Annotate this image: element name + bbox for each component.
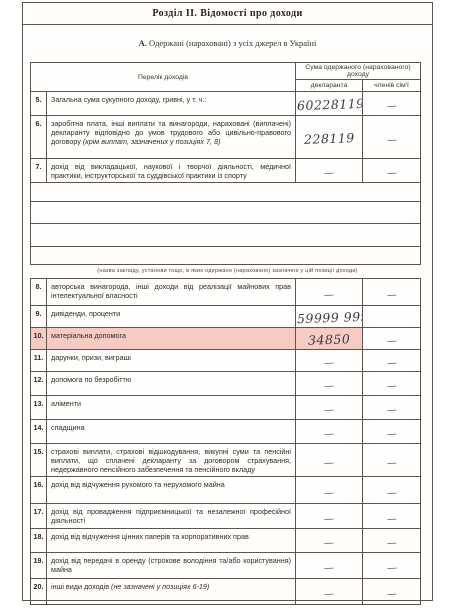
- family-value-cell: —: [363, 396, 421, 420]
- handwritten-dash: —: [324, 358, 335, 370]
- declarant-value-cell: —: [296, 372, 363, 396]
- declarant-value-cell: 59999 999: [296, 306, 363, 328]
- income-table-top: Перелік доходів Сума одержаного (нарахов…: [30, 62, 421, 265]
- row-label: дохід від відчуження цінних паперів та к…: [47, 529, 296, 553]
- family-value-cell: —: [363, 328, 421, 350]
- handwritten-dash: —: [324, 538, 335, 550]
- handwritten-dash: —: [386, 358, 397, 370]
- family-value-cell: [363, 306, 421, 328]
- family-value-cell: —: [363, 279, 421, 306]
- income-row-12: 12. допомога по безробіттю — —: [31, 372, 421, 396]
- row-number: 19.: [31, 553, 47, 579]
- handwritten-dash: —: [386, 381, 397, 393]
- subsection-heading: А. Одержані (нараховані) з усіх джерел в…: [23, 38, 432, 48]
- row-label: інші види доходів (не зазначені у позиці…: [47, 579, 296, 605]
- row-label: аліменти: [47, 396, 296, 420]
- declarant-value-cell: —: [296, 396, 363, 420]
- income-row-9: 9. дивіденди, проценти 59999 999: [31, 306, 421, 328]
- row-number: 16.: [31, 477, 47, 504]
- declarant-value-cell: 34850: [296, 328, 363, 350]
- row-label-note: (не зазначені у позиціях 6-19): [111, 582, 209, 591]
- income-table-bottom: 8. авторська винагорода, інші доходи від…: [30, 278, 421, 605]
- institution-blank-row: [31, 183, 421, 202]
- income-row-16: 16. дохід від відчуження рухомого та нер…: [31, 477, 421, 504]
- row-label: допомога по безробіттю: [47, 372, 296, 396]
- row-number: 8.: [31, 279, 47, 306]
- handwritten-amount: 34850: [308, 331, 351, 347]
- handwritten-dash: —: [386, 563, 397, 575]
- handwritten-dash: —: [386, 429, 397, 441]
- row-number: 9.: [31, 306, 47, 328]
- institution-caption: (назва закладу, установи тощо, в яких од…: [23, 268, 432, 274]
- row-number: 11.: [31, 350, 47, 372]
- handwritten-dash: —: [386, 134, 397, 146]
- declarant-value-cell: —: [296, 553, 363, 579]
- handwritten-dash: —: [386, 513, 397, 525]
- row-label: матеріальна допомога: [47, 328, 296, 350]
- header-family: членів сім'ї: [363, 80, 421, 92]
- income-row-13: 13. аліменти — —: [31, 396, 421, 420]
- handwritten-dash: —: [386, 168, 397, 180]
- declarant-value-cell: 228119: [296, 116, 363, 159]
- handwritten-dash: —: [324, 429, 335, 441]
- handwritten-dash: —: [324, 589, 335, 601]
- row-number: 10.: [31, 328, 47, 350]
- subsection-title: Одержані (нараховані) з усіх джерел в Ук…: [147, 38, 316, 48]
- handwritten-amount: 60228119: [297, 96, 363, 113]
- income-row-15: 15. страхові виплати, страхові відшкодув…: [31, 444, 421, 477]
- scanned-declaration-document: { "page": { "section_title": "Розділ II.…: [0, 0, 450, 615]
- handwritten-dash: —: [324, 457, 335, 469]
- subsection-letter: А.: [139, 38, 147, 48]
- handwritten-dash: —: [324, 289, 335, 301]
- income-row-19: 19. дохід від передачі в оренду (строков…: [31, 553, 421, 579]
- declaration-page: Розділ II. Відомості про доходи А. Одерж…: [22, 2, 433, 601]
- row-label-note: (крім виплат, зазначених у позиціях 7, 8…: [83, 137, 220, 146]
- row-label: дохід від провадження підприємницької та…: [47, 504, 296, 529]
- income-row-8: 8. авторська винагорода, інші доходи від…: [31, 279, 421, 306]
- row-label: Загальна сума сукупного доходу, гривні, …: [47, 92, 296, 116]
- section-title: Розділ II. Відомості про доходи: [152, 8, 302, 19]
- row-number: 20.: [31, 579, 47, 605]
- declarant-value-cell: —: [296, 579, 363, 605]
- row-number: 6.: [31, 116, 47, 159]
- handwritten-dash: —: [324, 168, 335, 180]
- row-number: 13.: [31, 396, 47, 420]
- declarant-value-cell: —: [296, 350, 363, 372]
- declarant-value-cell: —: [296, 529, 363, 553]
- row-number: 5.: [31, 92, 47, 116]
- row-number: 15.: [31, 444, 47, 477]
- handwritten-dash: —: [386, 405, 397, 417]
- family-value-cell: —: [363, 504, 421, 529]
- handwritten-dash: —: [386, 336, 397, 348]
- family-value-cell: —: [363, 579, 421, 605]
- handwritten-amount: 59999 999: [297, 309, 363, 327]
- section-title-band: Розділ II. Відомості про доходи: [23, 3, 432, 25]
- row-label: заробітна плата, інші виплати та винагор…: [47, 116, 296, 159]
- row-label: дивіденди, проценти: [47, 306, 296, 328]
- declarant-value-cell: 60228119: [296, 92, 363, 116]
- declarant-value-cell: —: [296, 159, 363, 183]
- row-number: 18.: [31, 529, 47, 553]
- row-label: дохід від передачі в оренду (строкове во…: [47, 553, 296, 579]
- income-row-10-highlighted: 10. матеріальна допомога 34850 —: [31, 328, 421, 350]
- handwritten-dash: —: [386, 457, 397, 469]
- row-number: 14.: [31, 420, 47, 444]
- declarant-value-cell: —: [296, 504, 363, 529]
- family-value-cell: —: [363, 420, 421, 444]
- income-row-14: 14. спадщина — —: [31, 420, 421, 444]
- handwritten-dash: —: [386, 289, 397, 301]
- handwritten-dash: —: [386, 101, 397, 113]
- handwritten-dash: —: [386, 589, 397, 601]
- handwritten-dash: —: [324, 405, 335, 417]
- income-row-20: 20. інші види доходів (не зазначені у по…: [31, 579, 421, 605]
- declarant-value-cell: —: [296, 444, 363, 477]
- handwritten-amount: 228119: [303, 130, 354, 147]
- header-income-list: Перелік доходів: [31, 63, 296, 92]
- institution-blank-row: [31, 202, 421, 224]
- handwritten-dash: —: [324, 563, 335, 575]
- income-row-7: 7. дохід від викладацької, наукової і тв…: [31, 159, 421, 183]
- family-value-cell: —: [363, 444, 421, 477]
- institution-blank-row: [31, 247, 421, 265]
- row-label: дохід від викладацької, наукової і творч…: [47, 159, 296, 183]
- declarant-value-cell: —: [296, 477, 363, 504]
- row-label: дохід від відчуження рухомого та нерухом…: [47, 477, 296, 504]
- institution-blank-row: [31, 224, 421, 247]
- handwritten-dash: —: [386, 538, 397, 550]
- income-row-6: 6. заробітна плата, інші виплати та вина…: [31, 116, 421, 159]
- row-label: спадщина: [47, 420, 296, 444]
- family-value-cell: —: [363, 553, 421, 579]
- handwritten-dash: —: [324, 381, 335, 393]
- row-number: 17.: [31, 504, 47, 529]
- income-row-18: 18. дохід від відчуження цінних паперів …: [31, 529, 421, 553]
- header-row: Перелік доходів Сума одержаного (нарахов…: [31, 63, 421, 80]
- family-value-cell: —: [363, 92, 421, 116]
- handwritten-dash: —: [324, 487, 335, 499]
- row-number: 12.: [31, 372, 47, 396]
- family-value-cell: —: [363, 350, 421, 372]
- family-value-cell: —: [363, 477, 421, 504]
- family-value-cell: —: [363, 529, 421, 553]
- income-row-5: 5. Загальна сума сукупного доходу, гривн…: [31, 92, 421, 116]
- header-sum: Сума одержаного (нарахованого) доходу: [296, 63, 421, 80]
- handwritten-dash: —: [386, 487, 397, 499]
- header-declarant: декларанта: [296, 80, 363, 92]
- row-label: страхові виплати, страхові відшкодування…: [47, 444, 296, 477]
- family-value-cell: —: [363, 372, 421, 396]
- family-value-cell: —: [363, 116, 421, 159]
- declarant-value-cell: —: [296, 420, 363, 444]
- row-number: 7.: [31, 159, 47, 183]
- family-value-cell: —: [363, 159, 421, 183]
- declarant-value-cell: —: [296, 279, 363, 306]
- row-label: авторська винагорода, інші доходи від ре…: [47, 279, 296, 306]
- row-label: дарунки, призи, виграші: [47, 350, 296, 372]
- handwritten-dash: —: [324, 513, 335, 525]
- income-row-17: 17. дохід від провадження підприємницько…: [31, 504, 421, 529]
- income-row-11: 11. дарунки, призи, виграші — —: [31, 350, 421, 372]
